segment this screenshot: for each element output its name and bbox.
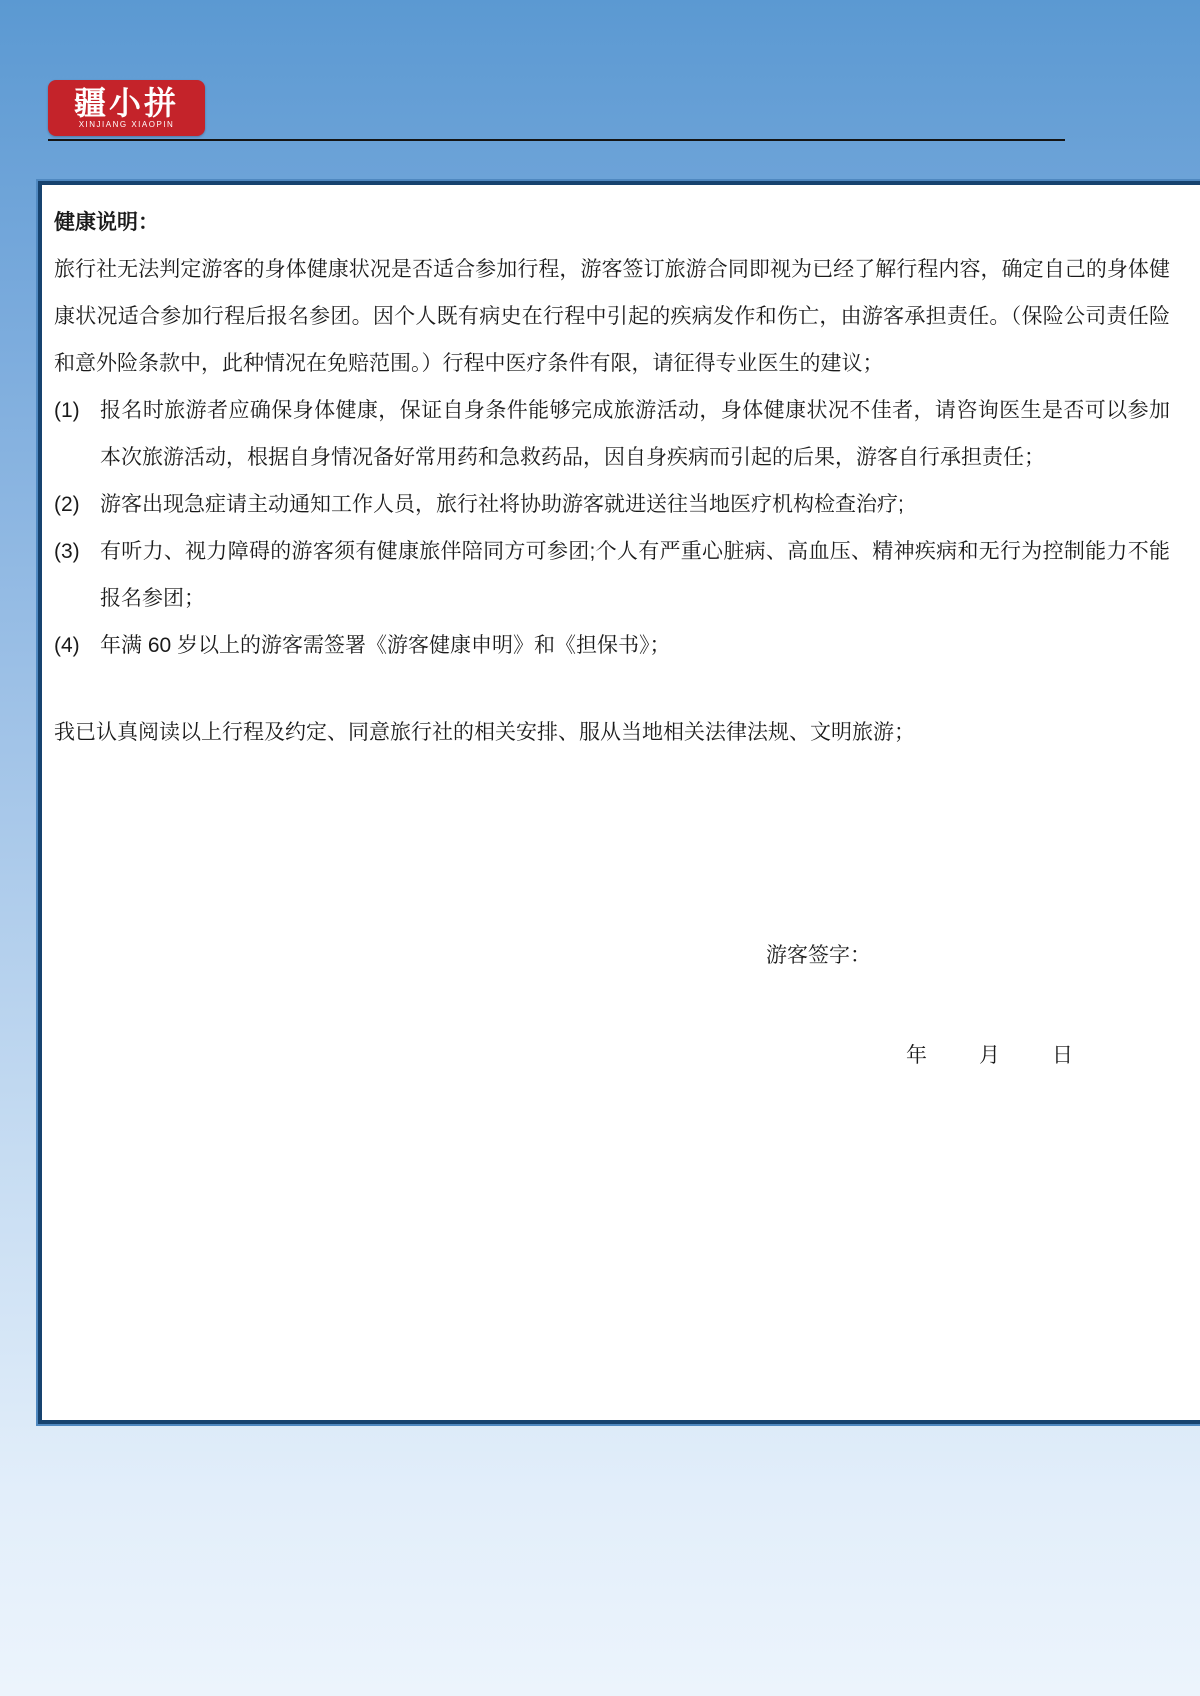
item-number: (4): [54, 622, 100, 669]
date-month: 月: [979, 1032, 1000, 1079]
doc-title: 健康说明：: [54, 199, 1170, 246]
list-item: (1) 报名时旅游者应确保身体健康，保证自身条件能够完成旅游活动，身体健康状况不…: [54, 387, 1170, 481]
page-background: 疆小拼 XINJIANG XIAOPIN 健康说明： 旅行社无法判定游客的身体健…: [0, 0, 1200, 1696]
signature-label: 游客签字：: [766, 932, 1170, 979]
date-year: 年: [906, 1032, 927, 1079]
brand-name-en: XINJIANG XIAOPIN: [79, 120, 175, 130]
item-text: 游客出现急症请主动通知工作人员，旅行社将协助游客就进送往当地医疗机构检查治疗;: [100, 481, 1170, 528]
item-text: 报名时旅游者应确保身体健康，保证自身条件能够完成旅游活动，身体健康状况不佳者，请…: [100, 387, 1170, 481]
item-text: 有听力、视力障碍的游客须有健康旅伴陪同方可参团;个人有严重心脏病、高血压、精神疾…: [100, 528, 1170, 622]
intro-paragraph: 旅行社无法判定游客的身体健康状况是否适合参加行程，游客签订旅游合同即视为已经了解…: [54, 246, 1170, 387]
item-text: 年满 60 岁以上的游客需签署《游客健康申明》和《担保书》；: [100, 622, 1170, 669]
list-item: (2) 游客出现急症请主动通知工作人员，旅行社将协助游客就进送往当地医疗机构检查…: [54, 481, 1170, 528]
item-number: (2): [54, 481, 100, 528]
list-item: (3) 有听力、视力障碍的游客须有健康旅伴陪同方可参团;个人有严重心脏病、高血压…: [54, 528, 1170, 622]
item-number: (1): [54, 387, 100, 481]
brand-name-cn: 疆小拼: [74, 86, 179, 120]
brand-logo: 疆小拼 XINJIANG XIAOPIN: [48, 80, 205, 136]
date-day: 日: [1052, 1032, 1073, 1079]
document-panel: 健康说明： 旅行社无法判定游客的身体健康状况是否适合参加行程，游客签订旅游合同即…: [38, 181, 1200, 1424]
date-line: 年 月 日: [906, 1032, 1170, 1079]
header-rule: [48, 139, 1065, 141]
list-item: (4) 年满 60 岁以上的游客需签署《游客健康申明》和《担保书》；: [54, 622, 1170, 669]
item-number: (3): [54, 528, 100, 622]
closing-paragraph: 我已认真阅读以上行程及约定、同意旅行社的相关安排、服从当地相关法律法规、文明旅游…: [54, 709, 1170, 756]
